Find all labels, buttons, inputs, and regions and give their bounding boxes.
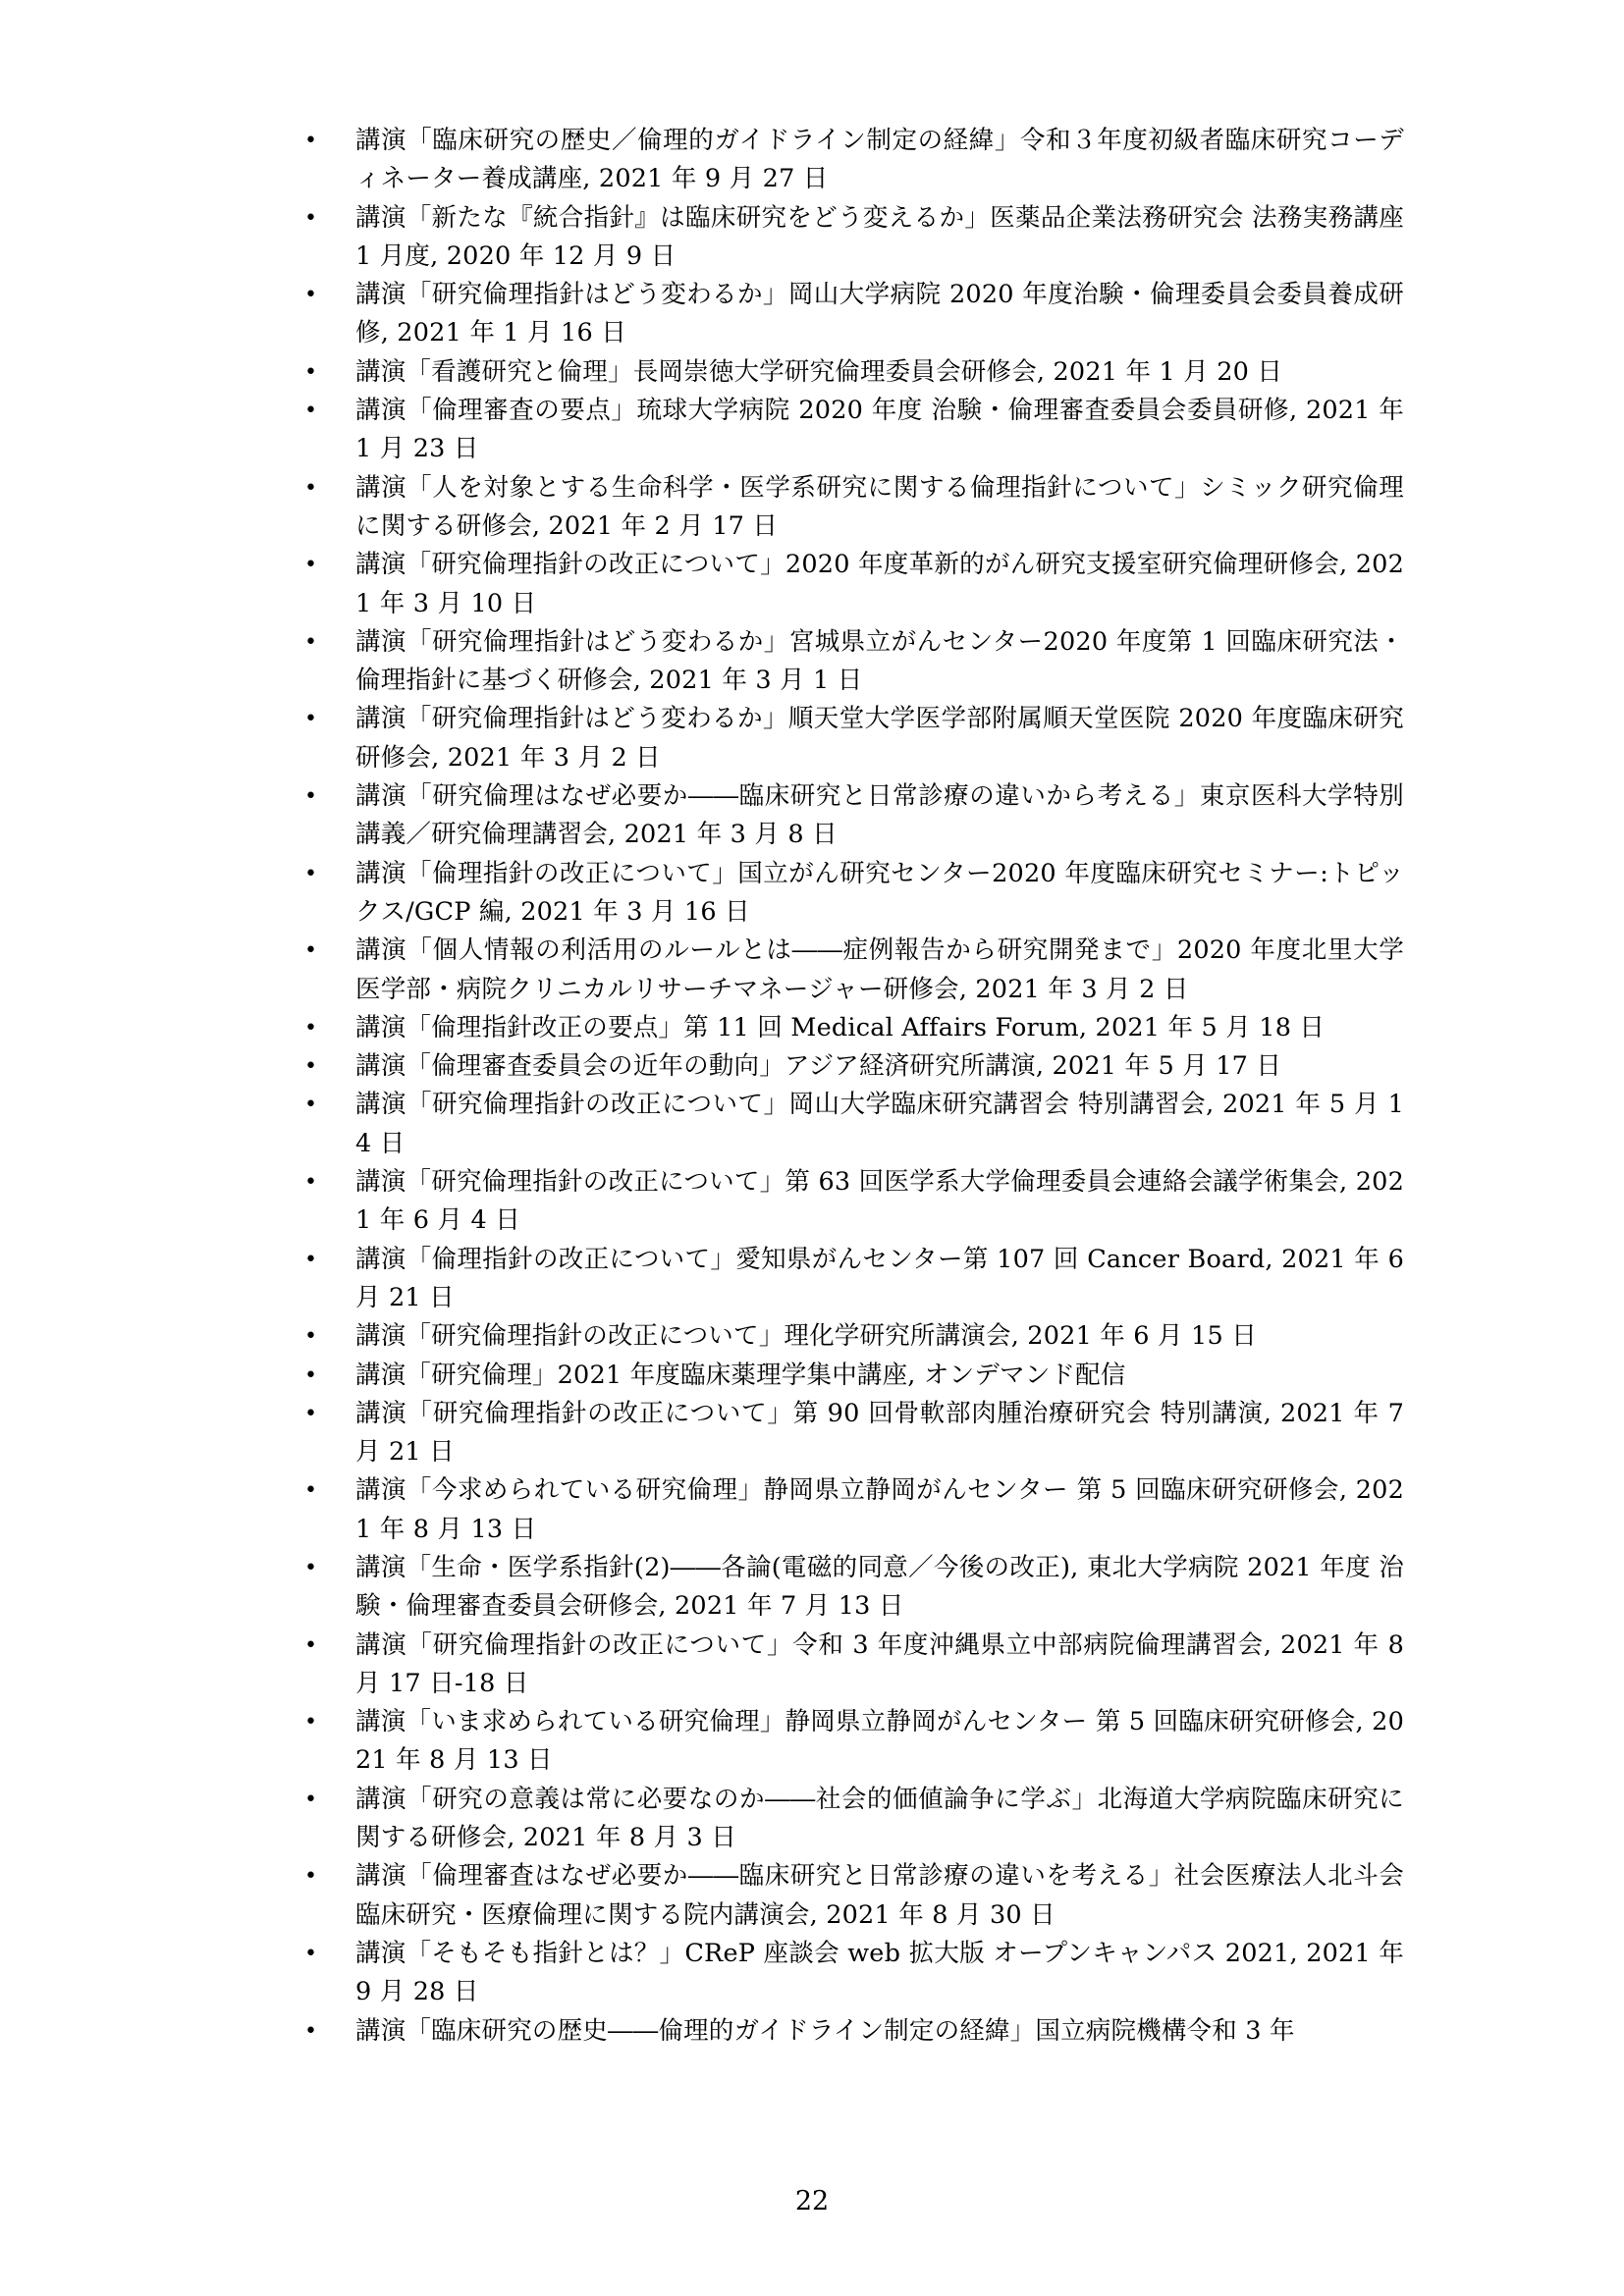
document-page: •講演「臨床研究の歴史／倫理的ガイドライン制定の経緯」令和３年度初級者臨床研究コ… [0,0,1624,2296]
bullet-icon: • [304,1703,324,1741]
list-item-text: 講演「研究倫理指針の改正について」令和 3 年度沖縄県立中部病院倫理講習会, 2… [355,1627,1404,1704]
bullet-icon: • [304,1781,324,1819]
list-item-text: 講演「研究の意義は常に必要なのか――社会的価値論争に学ぶ」北海道大学病院臨床研究… [355,1781,1404,1858]
list-item-text: 講演「倫理審査委員会の近年の動向」アジア経済研究所講演, 2021 年 5 月 … [355,1047,1404,1086]
list-item-text: 講演「生命・医学系指針(2)――各論(電磁的同意／今後の改正), 東北大学病院 … [355,1549,1404,1627]
bullet-icon: • [304,1549,324,1587]
list-item: •講演「研究倫理指針の改正について」第 63 回医学系大学倫理委員会連絡会議学術… [295,1163,1404,1241]
list-item: •講演「看護研究と倫理」長岡崇徳大学研究倫理委員会研修会, 2021 年 1 月… [295,353,1404,392]
list-item-text: 講演「臨床研究の歴史／倫理的ガイドライン制定の経緯」令和３年度初級者臨床研究コー… [355,122,1404,199]
list-item: •講演「倫理審査の要点」琉球大学病院 2020 年度 治験・倫理審査委員会委員研… [295,392,1404,469]
bullet-icon: • [304,700,324,738]
list-item-text: 講演「研究倫理はなぜ必要か――臨床研究と日常診療の違いから考える」東京医科大学特… [355,777,1404,855]
list-item: •講演「研究倫理」2021 年度臨床薬理学集中講座, オンデマンド配信 [295,1357,1404,1395]
list-item-text: 講演「倫理審査の要点」琉球大学病院 2020 年度 治験・倫理審査委員会委員研修… [355,392,1404,469]
lecture-list: •講演「臨床研究の歴史／倫理的ガイドライン制定の経緯」令和３年度初級者臨床研究コ… [295,122,1404,2051]
list-item-text: 講演「研究倫理指針の改正について」第 90 回骨軟部肉腫治療研究会 特別講演, … [355,1395,1404,1472]
list-item-text: 講演「今求められている研究倫理」静岡県立静岡がんセンター 第 5 回臨床研究研修… [355,1471,1404,1549]
bullet-icon: • [304,1317,324,1356]
bullet-icon: • [304,1857,324,1896]
list-item-text: 講演「個人情報の利活用のルールとは――症例報告から研究開発まで」2020 年度北… [355,932,1404,1009]
list-item: •講演「研究倫理指針の改正について」理化学研究所講演会, 2021 年 6 月 … [295,1317,1404,1356]
list-item-text: 講演「研究倫理指針の改正について」理化学研究所講演会, 2021 年 6 月 1… [355,1317,1404,1356]
list-item-text: 講演「臨床研究の歴史――倫理的ガイドライン制定の経緯」国立病院機構令和 3 年 [355,2012,1404,2051]
list-item-text: 講演「研究倫理指針の改正について」第 63 回医学系大学倫理委員会連絡会議学術集… [355,1163,1404,1241]
list-item-text: 講演「研究倫理指針はどう変わるか」順天堂大学医学部附属順天堂医院 2020 年度… [355,700,1404,777]
list-item-text: 講演「倫理指針の改正について」愛知県がんセンター第 107 回 Cancer B… [355,1241,1404,1318]
bullet-icon: • [304,2012,324,2051]
list-item: •講演「研究倫理指針の改正について」岡山大学臨床研究講習会 特別講習会, 202… [295,1086,1404,1163]
bullet-icon: • [304,1471,324,1510]
list-item-text: 講演「倫理審査はなぜ必要か――臨床研究と日常診療の違いを考える」社会医療法人北斗… [355,1857,1404,1935]
list-item: •講演「研究倫理指針の改正について」第 90 回骨軟部肉腫治療研究会 特別講演,… [295,1395,1404,1472]
list-item: •講演「研究倫理指針の改正について」令和 3 年度沖縄県立中部病院倫理講習会, … [295,1627,1404,1704]
list-item-text: 講演「研究倫理」2021 年度臨床薬理学集中講座, オンデマンド配信 [355,1357,1404,1395]
list-item: •講演「生命・医学系指針(2)――各論(電磁的同意／今後の改正), 東北大学病院… [295,1549,1404,1627]
bullet-icon: • [304,1935,324,1973]
bullet-icon: • [304,469,324,507]
list-item: •講演「いま求められている研究倫理」静岡県立静岡がんセンター 第 5 回臨床研究… [295,1703,1404,1781]
bullet-icon: • [304,1395,324,1433]
list-item: •講演「臨床研究の歴史／倫理的ガイドライン制定の経緯」令和３年度初級者臨床研究コ… [295,122,1404,199]
list-item: •講演「研究倫理指針はどう変わるか」順天堂大学医学部附属順天堂医院 2020 年… [295,700,1404,777]
list-item: •講演「今求められている研究倫理」静岡県立静岡がんセンター 第 5 回臨床研究研… [295,1471,1404,1549]
bullet-icon: • [304,932,324,970]
list-item: •講演「研究倫理指針の改正について」2020 年度革新的がん研究支援室研究倫理研… [295,546,1404,623]
list-item-text: 講演「研究倫理指針の改正について」岡山大学臨床研究講習会 特別講習会, 2021… [355,1086,1404,1163]
list-item: •講演「新たな『統合指針』は臨床研究をどう変えるか」医薬品企業法務研究会 法務実… [295,199,1404,277]
list-item: •講演「臨床研究の歴史――倫理的ガイドライン制定の経緯」国立病院機構令和 3 年 [295,2012,1404,2051]
bullet-icon: • [304,122,324,160]
list-item: •講演「倫理指針の改正について」国立がん研究センター2020 年度臨床研究セミナ… [295,855,1404,933]
bullet-icon: • [304,623,324,662]
list-item: •講演「そもそも指針とは？」CReP 座談会 web 拡大版 オープンキャンパス… [295,1935,1404,2012]
list-item: •講演「研究倫理指針はどう変わるか」岡山大学病院 2020 年度治験・倫理委員会… [295,276,1404,353]
list-item: •講演「人を対象とする生命科学・医学系研究に関する倫理指針について」シミック研究… [295,469,1404,547]
bullet-icon: • [304,199,324,238]
list-item: •講演「研究倫理指針はどう変わるか」宮城県立がんセンター2020 年度第 1 回… [295,623,1404,701]
bullet-icon: • [304,1357,324,1395]
list-item-text: 講演「倫理指針改正の要点」第 11 回 Medical Affairs Foru… [355,1009,1404,1047]
list-item: •講演「倫理指針の改正について」愛知県がんセンター第 107 回 Cancer … [295,1241,1404,1318]
list-item-text: 講演「人を対象とする生命科学・医学系研究に関する倫理指針について」シミック研究倫… [355,469,1404,547]
list-item: •講演「個人情報の利活用のルールとは――症例報告から研究開発まで」2020 年度… [295,932,1404,1009]
list-item: •講演「倫理審査はなぜ必要か――臨床研究と日常診療の違いを考える」社会医療法人北… [295,1857,1404,1935]
bullet-icon: • [304,1163,324,1201]
bullet-icon: • [304,546,324,584]
bullet-icon: • [304,855,324,893]
bullet-icon: • [304,777,324,816]
list-item-text: 講演「いま求められている研究倫理」静岡県立静岡がんセンター 第 5 回臨床研究研… [355,1703,1404,1781]
list-item-text: 講演「看護研究と倫理」長岡崇徳大学研究倫理委員会研修会, 2021 年 1 月 … [355,353,1404,392]
list-item-text: 講演「研究倫理指針の改正について」2020 年度革新的がん研究支援室研究倫理研修… [355,546,1404,623]
list-item: •講演「倫理審査委員会の近年の動向」アジア経済研究所講演, 2021 年 5 月… [295,1047,1404,1086]
bullet-icon: • [304,1241,324,1279]
list-item-text: 講演「そもそも指針とは？」CReP 座談会 web 拡大版 オープンキャンパス … [355,1935,1404,2012]
bullet-icon: • [304,276,324,314]
list-item-text: 講演「研究倫理指針はどう変わるか」岡山大学病院 2020 年度治験・倫理委員会委… [355,276,1404,353]
bullet-icon: • [304,1627,324,1665]
bullet-icon: • [304,392,324,430]
bullet-icon: • [304,1047,324,1086]
list-item: •講演「研究の意義は常に必要なのか――社会的価値論争に学ぶ」北海道大学病院臨床研… [295,1781,1404,1858]
bullet-icon: • [304,353,324,392]
page-number: 22 [0,2185,1624,2218]
bullet-icon: • [304,1086,324,1124]
list-item-text: 講演「新たな『統合指針』は臨床研究をどう変えるか」医薬品企業法務研究会 法務実務… [355,199,1404,277]
list-item: •講演「倫理指針改正の要点」第 11 回 Medical Affairs For… [295,1009,1404,1047]
list-item: •講演「研究倫理はなぜ必要か――臨床研究と日常診療の違いから考える」東京医科大学… [295,777,1404,855]
list-item-text: 講演「研究倫理指針はどう変わるか」宮城県立がんセンター2020 年度第 1 回臨… [355,623,1404,701]
bullet-icon: • [304,1009,324,1047]
list-item-text: 講演「倫理指針の改正について」国立がん研究センター2020 年度臨床研究セミナー… [355,855,1404,933]
